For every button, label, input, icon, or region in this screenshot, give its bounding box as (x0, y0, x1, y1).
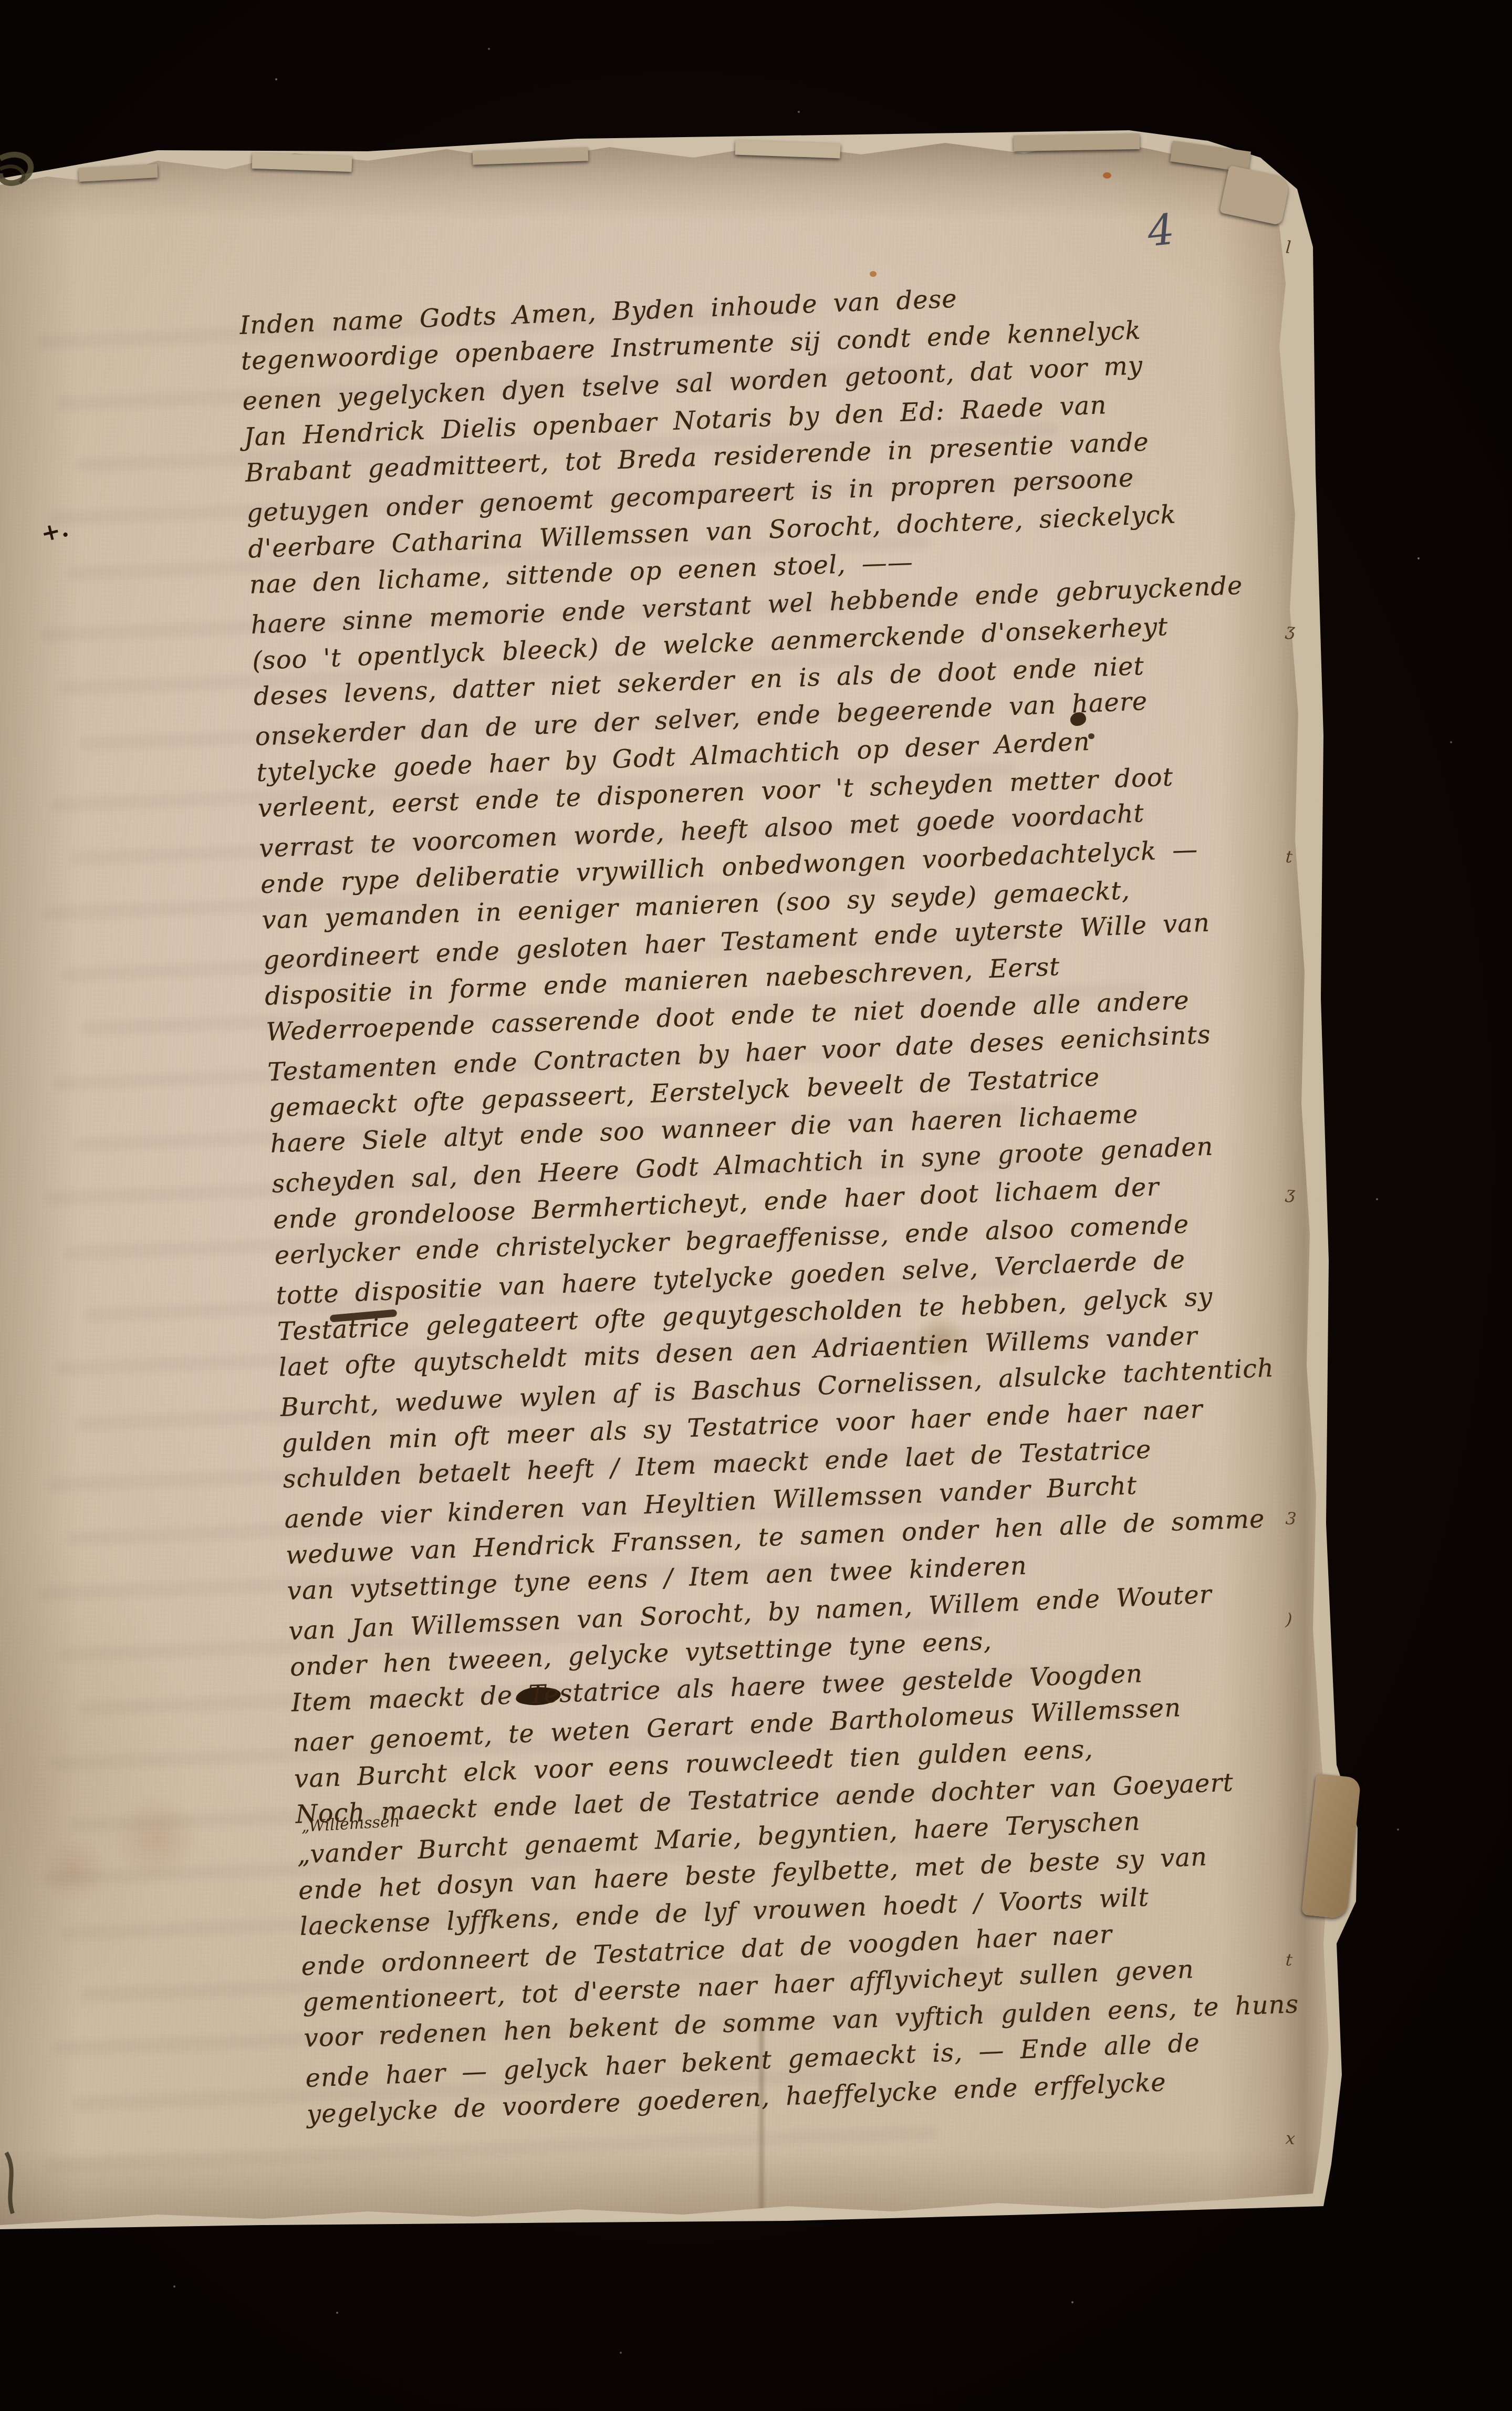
binding-threads (0, 0, 1512, 2411)
photograph-of-manuscript: 4 +. „Willemssen Inden name Godts Amen, … (0, 0, 1512, 2411)
